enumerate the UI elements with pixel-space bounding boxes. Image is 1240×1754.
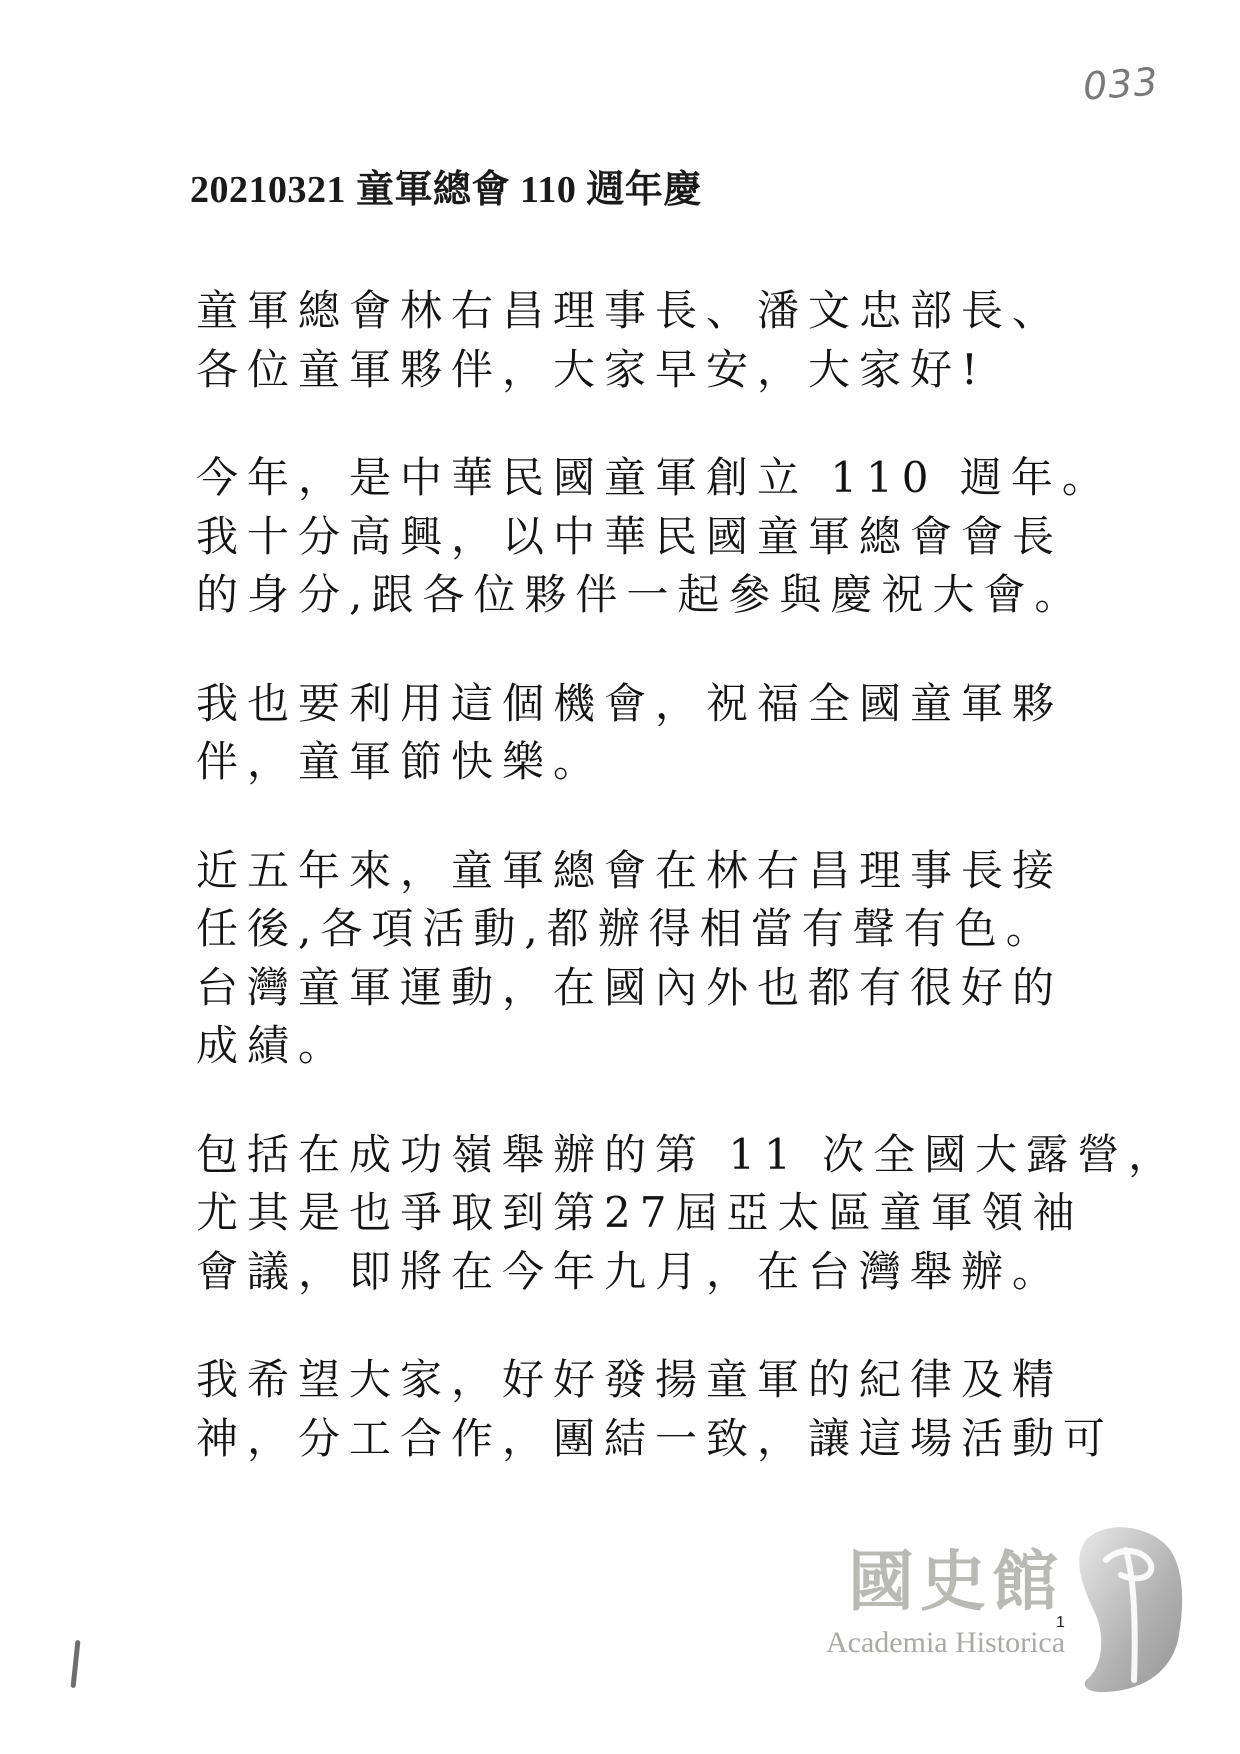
text-line: 近五年來，童軍總會在林右昌理事長接 bbox=[196, 842, 1096, 901]
text-line: 各位童軍夥伴，大家早安，大家好! bbox=[196, 341, 1096, 400]
text-line: 會議，即將在今年九月，在台灣舉辦。 bbox=[196, 1243, 1096, 1302]
paragraph-achievements: 近五年來，童軍總會在林右昌理事長接 任後,各項活動,都辦得相當有聲有色。 台灣童… bbox=[196, 842, 1096, 1076]
watermark-english-text: Academia Historica bbox=[826, 1626, 1065, 1660]
text-line: 伴，童軍節快樂。 bbox=[196, 733, 1096, 792]
paragraph-greeting: 童軍總會林右昌理事長、潘文忠部長、 各位童軍夥伴，大家早安，大家好! bbox=[196, 282, 1096, 399]
text-line: 包括在成功嶺舉辦的第 11 次全國大露營， bbox=[196, 1126, 1096, 1185]
text-line: 童軍總會林右昌理事長、潘文忠部長、 bbox=[196, 282, 1096, 341]
handwritten-page-number: 033 bbox=[1082, 59, 1160, 108]
text-line: 我也要利用這個機會，祝福全國童軍夥 bbox=[196, 675, 1096, 734]
text-line: 神，分工合作，團結一致，讓這場活動可 bbox=[196, 1410, 1096, 1469]
document-body: 童軍總會林右昌理事長、潘文忠部長、 各位童軍夥伴，大家早安，大家好! 今年，是中… bbox=[196, 282, 1096, 1518]
document-title: 20210321 童軍總會 110 週年慶 bbox=[190, 158, 702, 213]
handwritten-pen-mark bbox=[71, 1640, 81, 1688]
ink-brush-seal-icon bbox=[1066, 1520, 1196, 1700]
paragraph-events: 包括在成功嶺舉辦的第 11 次全國大露營， 尤其是也爭取到第27屆亞太區童軍領袖… bbox=[196, 1126, 1096, 1302]
text-line: 台灣童軍運動，在國內外也都有很好的 bbox=[196, 959, 1096, 1018]
paragraph-hope: 我希望大家，好好發揚童軍的紀律及精 神，分工合作，團結一致，讓這場活動可 bbox=[196, 1351, 1096, 1468]
text-line: 我十分高興，以中華民國童軍總會會長 bbox=[196, 508, 1096, 567]
paragraph-blessing: 我也要利用這個機會，祝福全國童軍夥 伴，童軍節快樂。 bbox=[196, 675, 1096, 792]
text-line: 的身分,跟各位夥伴一起參與慶祝大會。 bbox=[196, 566, 1096, 625]
text-line: 任後,各項活動,都辦得相當有聲有色。 bbox=[196, 900, 1096, 959]
text-line: 成績。 bbox=[196, 1017, 1096, 1076]
academia-historica-watermark: 國史館 Academia Historica bbox=[820, 1520, 1220, 1740]
watermark-chinese-text: 國史館 bbox=[848, 1528, 1064, 1623]
text-line: 尤其是也爭取到第27屆亞太區童軍領袖 bbox=[196, 1184, 1096, 1243]
text-line: 今年，是中華民國童軍創立 110 週年。 bbox=[196, 449, 1096, 508]
paragraph-anniversary: 今年，是中華民國童軍創立 110 週年。 我十分高興，以中華民國童軍總會會長 的… bbox=[196, 449, 1096, 625]
text-line: 我希望大家，好好發揚童軍的紀律及精 bbox=[196, 1351, 1096, 1410]
